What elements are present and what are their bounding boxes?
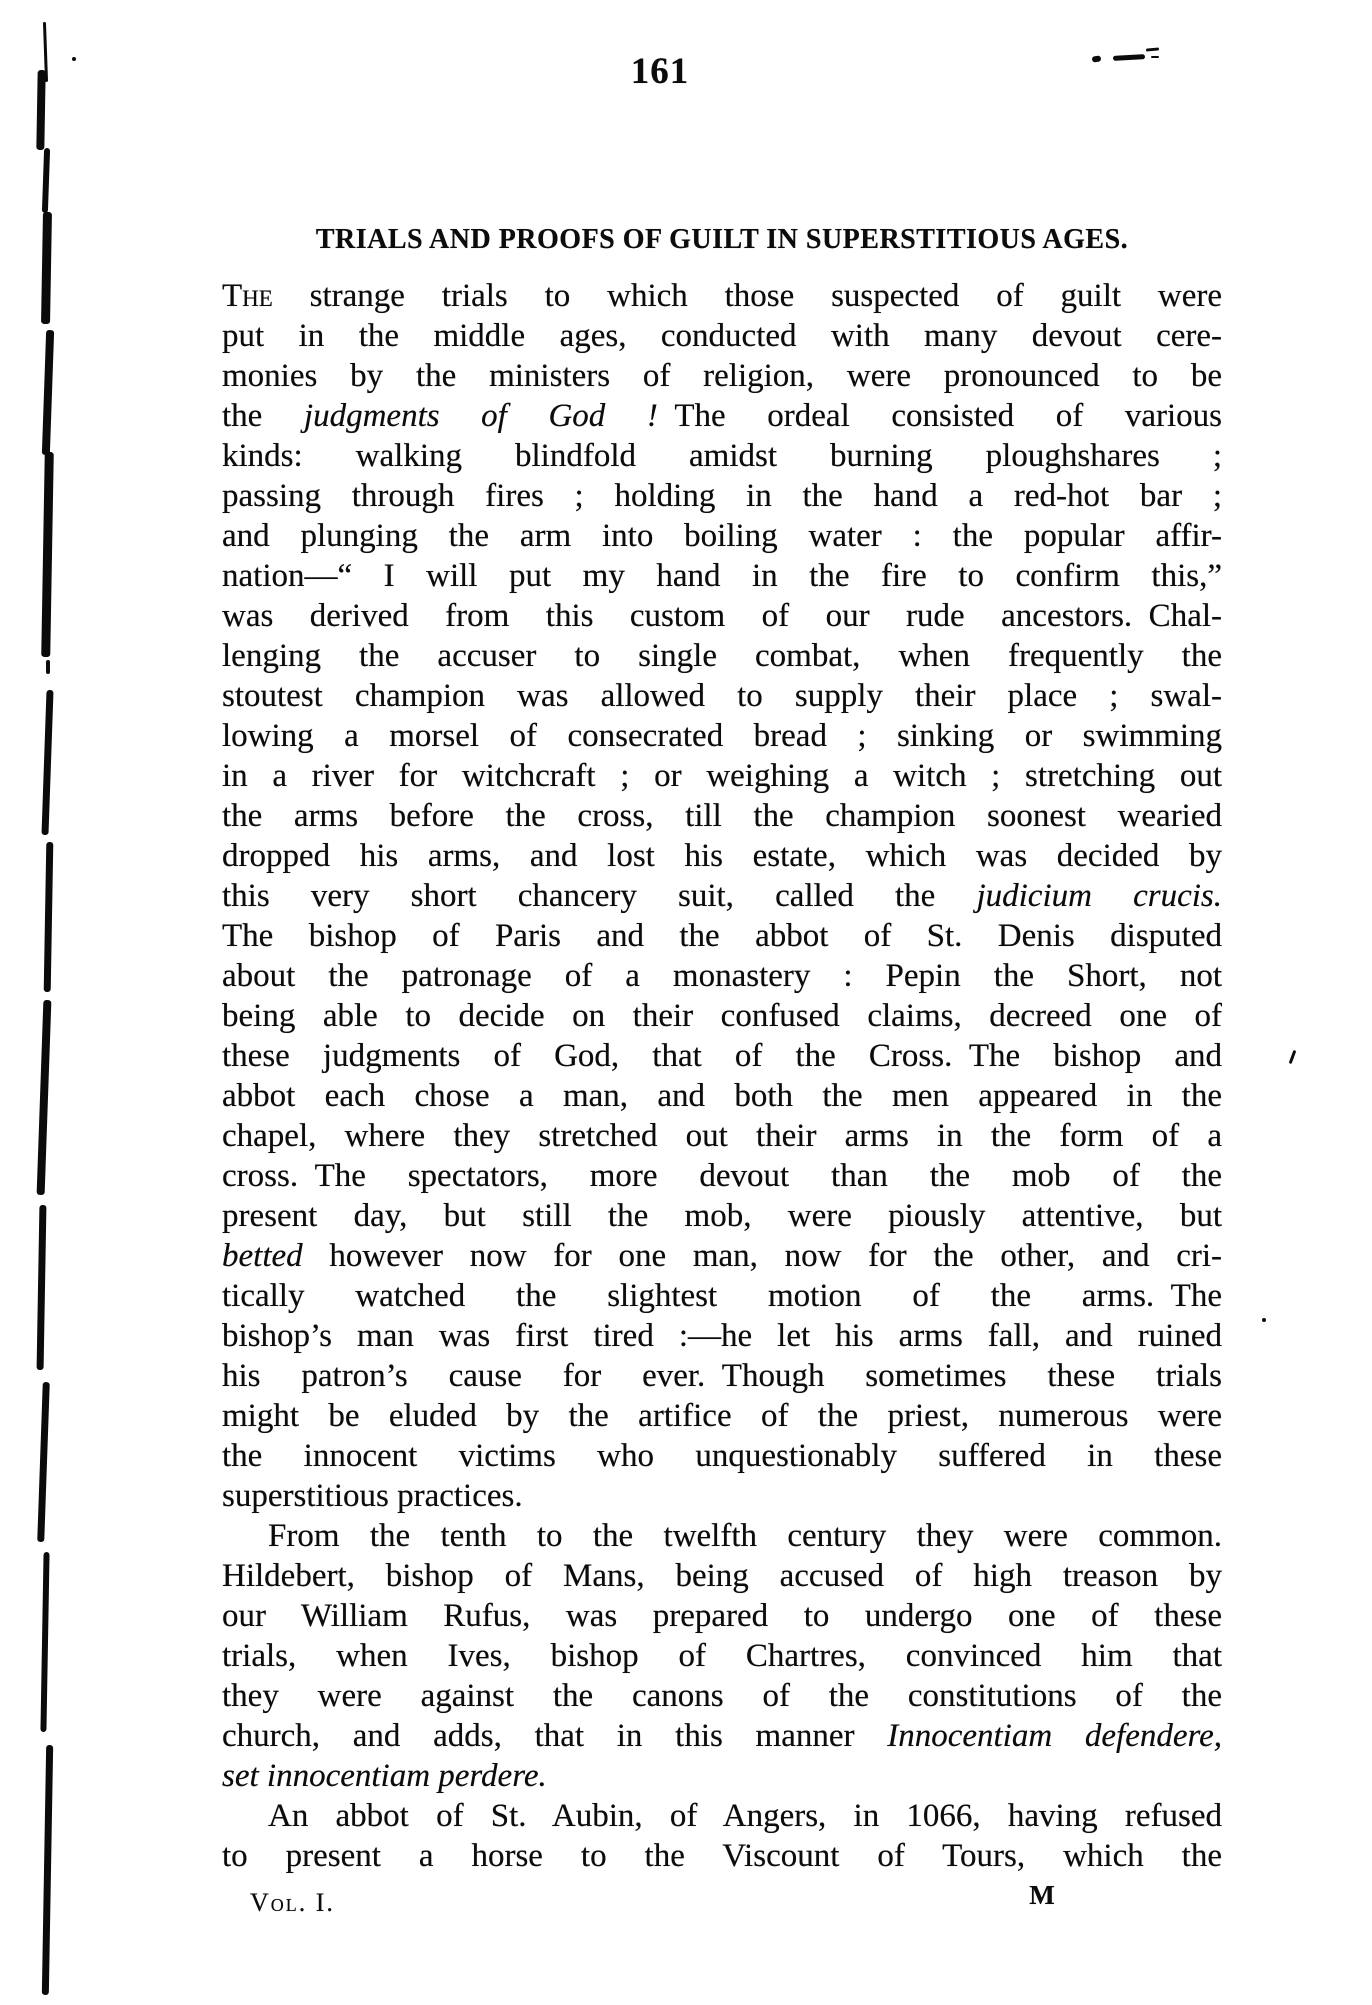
- scan-artifact-mark: [1262, 1318, 1266, 1322]
- text: this very short chancery suit, called th…: [222, 878, 976, 914]
- text: dropped his arms, and lost his estate, w…: [222, 838, 1222, 874]
- text-line: Hildebert, bishop of Mans, being accused…: [222, 1556, 1222, 1596]
- text-line: and plunging the arm into boiling water …: [222, 516, 1222, 556]
- text-line: monies by the ministers of religion, wer…: [222, 356, 1222, 396]
- printer-signature-mark: M: [1020, 1880, 1064, 1911]
- scan-artifact-mark: [36, 70, 45, 150]
- text: about the patronage of a monastery : Pep…: [222, 958, 1222, 994]
- text-line: they were against the canons of the cons…: [222, 1676, 1222, 1716]
- text-line: abbot each chose a man, and both the men…: [222, 1076, 1222, 1116]
- scan-artifact-mark: [41, 452, 54, 657]
- scan-artifact-mark: [46, 660, 50, 674]
- scan-artifact-mark: [1146, 47, 1159, 51]
- text-line: stoutest champion was allowed to supply …: [222, 676, 1222, 716]
- text-line: kinds: walking blindfold amidst burning …: [222, 436, 1222, 476]
- text-line: the innocent victims who unquestionably …: [222, 1436, 1222, 1476]
- text: was derived from this custom of our rude…: [222, 598, 1222, 634]
- text-line: lenging the accuser to single combat, wh…: [222, 636, 1222, 676]
- text-line: our William Rufus, was prepared to under…: [222, 1596, 1222, 1636]
- text: cross. The spectators, more devout than …: [222, 1158, 1222, 1194]
- text: church, and adds, that in this manner: [222, 1718, 887, 1754]
- scan-artifact-mark: [37, 1382, 50, 1542]
- text: however now for one man, now for the oth…: [303, 1238, 1222, 1274]
- scan-artifact-mark: [44, 842, 54, 992]
- scan-artifact-mark: [42, 148, 50, 213]
- scan-artifact-mark: [72, 57, 76, 61]
- text-line: tically watched the slightest motion of …: [222, 1276, 1222, 1316]
- text: put in the middle ages, conducted with m…: [222, 318, 1222, 354]
- text-line: passing through fires ; holding in the h…: [222, 476, 1222, 516]
- text-line: the arms before the cross, till the cham…: [222, 796, 1222, 836]
- text-line: in a river for witchcraft ; or weighing …: [222, 756, 1222, 796]
- text-line: this very short chancery suit, called th…: [222, 876, 1222, 916]
- text-line: about the patronage of a monastery : Pep…: [222, 956, 1222, 996]
- scan-artifact-mark: [1092, 55, 1102, 62]
- paragraph: The strange trials to which those suspec…: [222, 276, 1222, 1516]
- text-line: put in the middle ages, conducted with m…: [222, 316, 1222, 356]
- italic-text: judgments of God !: [304, 398, 658, 434]
- text: superstitious practices.: [222, 1478, 523, 1514]
- text: the: [222, 398, 304, 434]
- scan-artifact-mark: [1151, 56, 1159, 58]
- text: Hildebert, bishop of Mans, being accused…: [222, 1558, 1222, 1594]
- scan-artifact-mark: [40, 1552, 49, 1732]
- scan-artifact-mark: [1113, 54, 1145, 61]
- text: The bishop of Paris and the abbot of St.…: [222, 918, 1222, 954]
- text: these judgments of God, that of the Cros…: [222, 1038, 1222, 1074]
- text-line: The strange trials to which those suspec…: [222, 276, 1222, 316]
- body-text: The strange trials to which those suspec…: [222, 276, 1222, 1876]
- text: stoutest champion was allowed to supply …: [222, 678, 1222, 714]
- text: kinds: walking blindfold amidst burning …: [222, 438, 1222, 474]
- scan-artifact-mark: [41, 690, 53, 835]
- text-line: church, and adds, that in this manner In…: [222, 1716, 1222, 1756]
- text: present day, but still the mob, were pio…: [222, 1198, 1222, 1234]
- text-line: present day, but still the mob, were pio…: [222, 1196, 1222, 1236]
- text-line: betted however now for one man, now for …: [222, 1236, 1222, 1276]
- text-line: cross. The spectators, more devout than …: [222, 1156, 1222, 1196]
- text-line: to present a horse to the Viscount of To…: [222, 1836, 1222, 1876]
- text: the innocent victims who unquestionably …: [222, 1438, 1222, 1474]
- scanned-book-page: 161 TRIALS AND PROOFS OF GUILT IN SUPERS…: [0, 0, 1372, 2005]
- text: An abbot of St. Aubin, of Angers, in 106…: [268, 1798, 1222, 1834]
- text: to present a horse to the Viscount of To…: [222, 1838, 1222, 1874]
- scan-artifact-mark: [37, 1000, 52, 1195]
- text: his patron’s cause for ever. Though some…: [222, 1358, 1222, 1394]
- paragraph: An abbot of St. Aubin, of Angers, in 106…: [222, 1796, 1222, 1876]
- text: they were against the canons of the cons…: [222, 1678, 1222, 1714]
- text: bishop’s man was first tired :—he let hi…: [222, 1318, 1222, 1354]
- volume-label: Vol. I.: [250, 1888, 335, 1918]
- text: our William Rufus, was prepared to under…: [222, 1598, 1222, 1634]
- text-line: his patron’s cause for ever. Though some…: [222, 1356, 1222, 1396]
- text: The ordeal consisted of various: [658, 398, 1222, 434]
- text-line: the judgments of God ! The ordeal consis…: [222, 396, 1222, 436]
- text-line: these judgments of God, that of the Cros…: [222, 1036, 1222, 1076]
- text-line: chapel, where they stretched out their a…: [222, 1116, 1222, 1156]
- text-line: trials, when Ives, bishop of Chartres, c…: [222, 1636, 1222, 1676]
- italic-text: set innocentiam perdere.: [222, 1758, 547, 1794]
- text: the arms before the cross, till the cham…: [222, 798, 1222, 834]
- italic-text: judicium crucis.: [976, 878, 1222, 914]
- text-line: being able to decide on their confused c…: [222, 996, 1222, 1036]
- text: might be eluded by the artifice of the p…: [222, 1398, 1222, 1434]
- text: From the tenth to the twelfth century th…: [268, 1518, 1222, 1554]
- scan-artifact-mark: [42, 330, 54, 455]
- text-line: The bishop of Paris and the abbot of St.…: [222, 916, 1222, 956]
- text: lenging the accuser to single combat, wh…: [222, 638, 1222, 674]
- scan-artifact-mark: [41, 212, 52, 324]
- text: being able to decide on their confused c…: [222, 998, 1222, 1034]
- italic-text: betted: [222, 1238, 303, 1274]
- text: chapel, where they stretched out their a…: [222, 1118, 1222, 1154]
- text: abbot each chose a man, and both the men…: [222, 1078, 1222, 1114]
- text: lowing a morsel of consecrated bread ; s…: [222, 718, 1222, 754]
- scan-artifact-mark: [42, 1745, 53, 1995]
- text-line: set innocentiam perdere.: [222, 1756, 1222, 1796]
- text-line: dropped his arms, and lost his estate, w…: [222, 836, 1222, 876]
- text-line: An abbot of St. Aubin, of Angers, in 106…: [222, 1796, 1222, 1836]
- text: trials, when Ives, bishop of Chartres, c…: [222, 1638, 1222, 1674]
- text-line: might be eluded by the artifice of the p…: [222, 1396, 1222, 1436]
- text: nation—“ I will put my hand in the fire …: [222, 558, 1222, 594]
- text: in a river for witchcraft ; or weighing …: [222, 758, 1222, 794]
- paragraph: From the tenth to the twelfth century th…: [222, 1516, 1222, 1796]
- text-line: nation—“ I will put my hand in the fire …: [222, 556, 1222, 596]
- text: monies by the ministers of religion, wer…: [222, 358, 1222, 394]
- italic-text: Innocentiam defendere,: [887, 1718, 1222, 1754]
- text-line: lowing a morsel of consecrated bread ; s…: [222, 716, 1222, 756]
- text: and plunging the arm into boiling water …: [222, 518, 1222, 554]
- text-line: was derived from this custom of our rude…: [222, 596, 1222, 636]
- text-line: From the tenth to the twelfth century th…: [222, 1516, 1222, 1556]
- page-number: 161: [560, 50, 760, 93]
- small-caps-text: The: [222, 278, 273, 314]
- text: passing through fires ; holding in the h…: [222, 478, 1222, 514]
- text-line: bishop’s man was first tired :—he let hi…: [222, 1316, 1222, 1356]
- text-line: superstitious practices.: [222, 1476, 1222, 1516]
- text: tically watched the slightest motion of …: [222, 1278, 1222, 1314]
- scan-artifact-mark: [37, 1205, 47, 1370]
- article-title: TRIALS AND PROOFS OF GUILT IN SUPERSTITI…: [222, 224, 1222, 256]
- scan-artifact-mark: [1289, 1050, 1297, 1064]
- text: strange trials to which those suspected …: [273, 278, 1222, 314]
